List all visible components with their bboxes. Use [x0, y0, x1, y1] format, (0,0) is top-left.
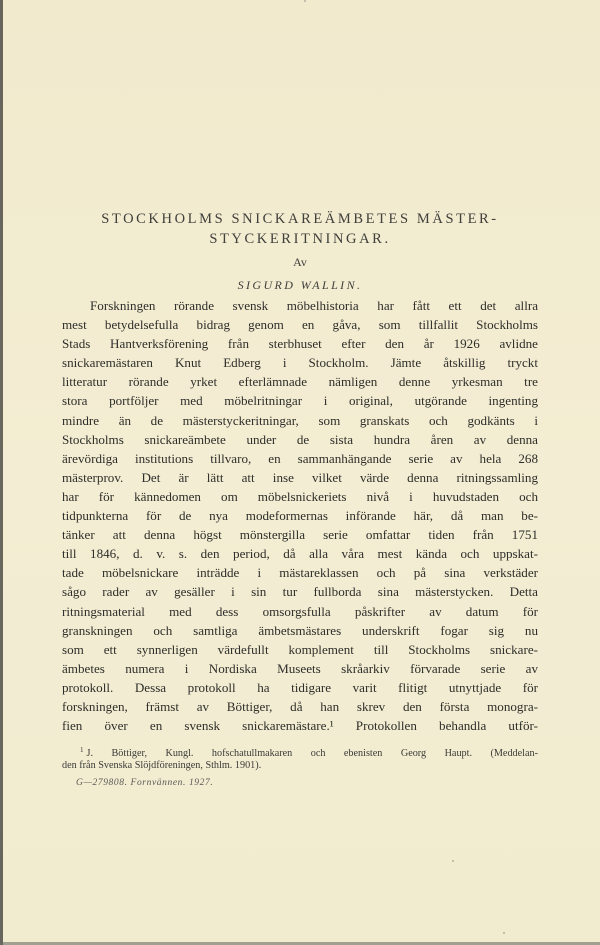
- article-title-line-2: STYCKERITNINGAR.: [60, 229, 540, 249]
- footnote-line-1: 1J. Böttiger, Kungl. hofschatullmakaren …: [62, 743, 538, 758]
- body-line: tidpunkterna för de nya modeformernas in…: [62, 506, 538, 525]
- printer-signature: G—279808. Fornvännen. 1927.: [76, 778, 213, 788]
- body-line: Stockholms snickareämbete under de sista…: [62, 430, 538, 449]
- body-line: fien över en svensk snickaremästare.¹ Pr…: [62, 716, 538, 735]
- paper-speck: [452, 860, 454, 862]
- footnote-marker: 1: [80, 746, 84, 754]
- body-line: Stads Hantverksförening från sterbhuset …: [62, 334, 538, 353]
- footnote: 1J. Böttiger, Kungl. hofschatullmakaren …: [62, 743, 538, 773]
- body-line: sågo rader av gesäller i sin tur fullbor…: [62, 582, 538, 601]
- scan-left-edge: [0, 0, 3, 945]
- body-line: tänker att denna högst mönstergilla seri…: [62, 525, 538, 544]
- body-line: ärevördiga institutions tillvaro, en sam…: [62, 449, 538, 468]
- body-line: snickaremästaren Knut Edberg i Stockholm…: [62, 353, 538, 372]
- body-line: mest betydelsefulla bidrag genom en gåva…: [62, 315, 538, 334]
- footnote-line-2: den från Svenska Slöjdföreningen, Sthlm.…: [62, 758, 538, 773]
- body-line: mästerprov. Det är lätt att inse vilket …: [62, 468, 538, 487]
- body-line: har för kännedomen om möbelsnickeriets n…: [62, 487, 538, 506]
- body-line: protokoll. Dessa protokoll ha tidigare v…: [62, 678, 538, 697]
- paper-speck: [503, 932, 505, 934]
- body-paragraph: Forskningen rörande svensk möbelhistoria…: [62, 296, 538, 735]
- body-line: som ett synnerligen värdefullt komplemen…: [62, 640, 538, 659]
- author-name: SIGURD WALLIN.: [0, 278, 600, 293]
- paper-speck: [304, 0, 306, 2]
- body-line: tade möbelsnickare inträdde i mästarekla…: [62, 563, 538, 582]
- body-line: ritningsmaterial med dess omsorgsfulla p…: [62, 602, 538, 621]
- body-line: granskningen och samtliga ämbetsmästares…: [62, 621, 538, 640]
- body-line: forskningen, främst av Böttiger, då han …: [62, 697, 538, 716]
- byline-prefix: Av: [0, 255, 600, 270]
- body-line: Forskningen rörande svensk möbelhistoria…: [62, 296, 538, 315]
- body-line: till 1846, d. v. s. den period, då alla …: [62, 544, 538, 563]
- article-title-line-1: STOCKHOLMS SNICKAREÄMBETES MÄSTER-: [60, 209, 540, 229]
- body-line: ämbetes numera i Nordiska Museets skråar…: [62, 659, 538, 678]
- body-line: mindre än de mästerstyckeritningar, som …: [62, 411, 538, 430]
- body-line: stora portföljer med möbelritningar i or…: [62, 391, 538, 410]
- document-page: STOCKHOLMS SNICKAREÄMBETES MÄSTER- STYCK…: [0, 0, 600, 945]
- body-line: litteratur rörande yrket efterlämnade nä…: [62, 372, 538, 391]
